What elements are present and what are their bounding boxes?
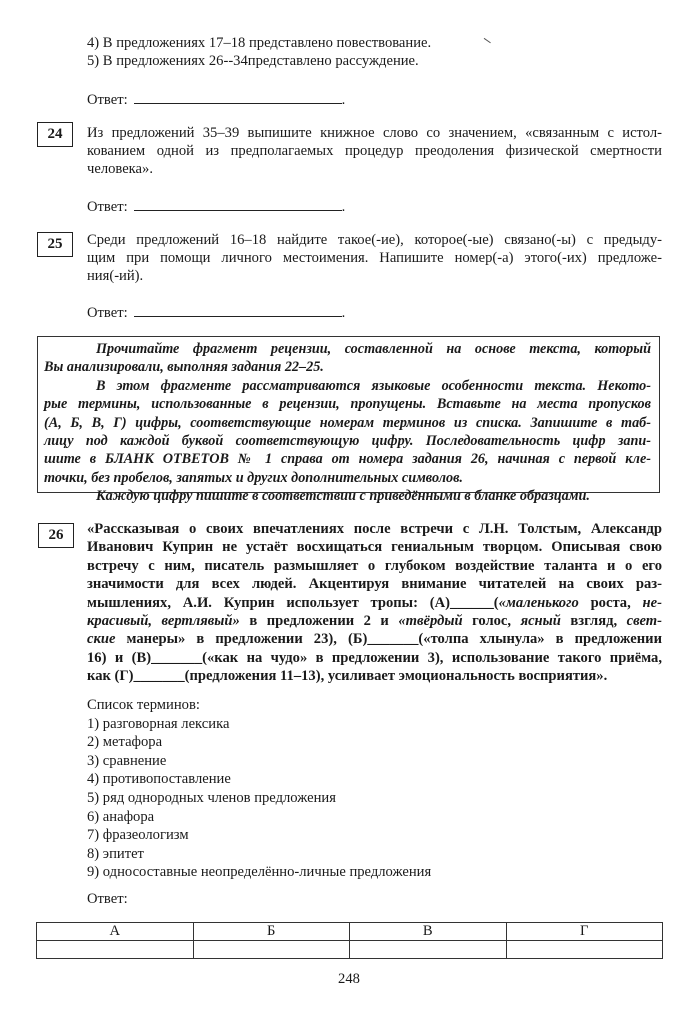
- answer-row-25: Ответ:.: [87, 302, 345, 322]
- task-26-line: мышлениях, А.И. Куприн использует тропы:…: [87, 594, 662, 612]
- term-item: 8) эпитет: [87, 845, 431, 864]
- term-item: 2) метафора: [87, 733, 431, 752]
- page-number: 248: [0, 970, 698, 988]
- answer-table-26: А Б В Г: [36, 922, 663, 959]
- task-26-line: Иванович Куприн не устаёт восхищаться ге…: [87, 538, 662, 556]
- answer-cell-a[interactable]: [37, 941, 194, 959]
- answer-label: Ответ:: [87, 92, 128, 108]
- answer-row-24: Ответ:.: [87, 196, 345, 216]
- term-item: 1) разговорная лексика: [87, 715, 431, 734]
- answer-cell-g[interactable]: [506, 941, 663, 959]
- answer-label-26: Ответ:: [87, 890, 128, 908]
- answer-row-23: Ответ:.: [87, 89, 345, 109]
- term-item: 3) сравнение: [87, 752, 431, 771]
- term-item: 9) односоставные неопределённо-личные пр…: [87, 863, 431, 882]
- instruction-line: точки, без пробелов, запятых и других до…: [44, 469, 651, 487]
- term-item: 6) анафора: [87, 808, 431, 827]
- answer-input-25[interactable]: [134, 302, 342, 317]
- table-header-row: А Б В Г: [37, 923, 663, 941]
- term-item: 4) противопоставление: [87, 770, 431, 789]
- task-26-line: «Рассказывая о своих впечатлениях после …: [87, 520, 662, 538]
- instruction-line: (А, Б, В, Г) цифры, соответствующие номе…: [44, 414, 651, 432]
- text-fragment: «твёрдый: [398, 613, 462, 629]
- task-24-text: Из предложений 35–39 выпишите книжное сл…: [87, 124, 662, 178]
- text-fragment: роста,: [579, 595, 643, 611]
- text-fragment: ские: [87, 631, 115, 647]
- task-26-line: значимости для всех людей. Акцентируя вн…: [87, 575, 662, 593]
- instruction-line: шите в БЛАНК ОТВЕТОВ № 1 справа от номер…: [44, 450, 651, 468]
- task-number-24: 24: [37, 122, 73, 147]
- instruction-line: Прочитайте фрагмент рецензии, составленн…: [44, 340, 651, 358]
- instruction-line: Вы анализировали, выполняя задания 22–25…: [44, 358, 651, 376]
- text-fragment: свет-: [627, 613, 662, 629]
- task-25-line: щим при помощи личного местоимения. Напи…: [87, 249, 662, 267]
- text-fragment: ясный: [521, 613, 561, 629]
- text-fragment: «маленького: [499, 595, 579, 611]
- task-24-line: кованием одной из предполагаемых процеду…: [87, 142, 662, 160]
- text-fragment: красивый, вертлявый»: [87, 613, 240, 629]
- text-fragment: голос,: [463, 613, 521, 629]
- table-answer-row: [37, 941, 663, 959]
- text-fragment: манеры» в предложении 23), (Б)_______(«т…: [115, 631, 662, 647]
- term-item: 5) ряд однородных членов предложения: [87, 789, 431, 808]
- task-26-line: встречу с ним, писатель размышляет о глу…: [87, 557, 662, 575]
- text-fragment: не-: [643, 595, 662, 611]
- answer-label: Ответ:: [87, 199, 128, 215]
- statement-5: 5) В предложениях 26--34представлено рас…: [87, 52, 419, 70]
- instruction-line: рые термины, использованные в рецензии, …: [44, 395, 651, 413]
- task-24-line: человека».: [87, 160, 662, 178]
- task-number-26: 26: [38, 523, 74, 548]
- answer-input-23[interactable]: [134, 89, 342, 104]
- instruction-line: лицу под каждой буквой соответствующую ц…: [44, 432, 651, 450]
- task-26-line: красивый, вертлявый» в предложении 2 и «…: [87, 612, 662, 630]
- header-cell-b: Б: [193, 923, 350, 941]
- task-26-line: ские манеры» в предложении 23), (Б)_____…: [87, 630, 662, 648]
- task-25-line: ния(-ий).: [87, 267, 662, 285]
- task-26-line: как (Г)_______(предложения 11–13), усили…: [87, 667, 662, 685]
- task-25-line: Среди предложений 16–18 найдите такое(-и…: [87, 231, 662, 249]
- answer-cell-b[interactable]: [193, 941, 350, 959]
- task-number-25: 25: [37, 232, 73, 257]
- terms-title: Список терминов:: [87, 696, 431, 715]
- instruction-line: Каждую цифру пишите в соответствии с при…: [44, 487, 651, 505]
- term-item: 7) фразеологизм: [87, 826, 431, 845]
- header-cell-a: А: [37, 923, 194, 941]
- answer-cell-v[interactable]: [350, 941, 507, 959]
- instructions-frame: Прочитайте фрагмент рецензии, составленн…: [37, 336, 660, 493]
- header-cell-v: В: [350, 923, 507, 941]
- answer-input-24[interactable]: [134, 196, 342, 211]
- header-cell-g: Г: [506, 923, 663, 941]
- task-26-line: 16) и (В)_______(«как на чудо» в предлож…: [87, 649, 662, 667]
- instruction-line: В этом фрагменте рассматриваются языковы…: [44, 377, 651, 395]
- answer-label: Ответ:: [87, 305, 128, 321]
- task-25-text: Среди предложений 16–18 найдите такое(-и…: [87, 231, 662, 285]
- statement-4: 4) В предложениях 17–18 представлено пов…: [87, 34, 431, 52]
- task-26-text: «Рассказывая о своих впечатлениях после …: [87, 520, 662, 686]
- text-fragment: взгляд,: [561, 613, 627, 629]
- task-24-line: Из предложений 35–39 выпишите книжное сл…: [87, 124, 662, 142]
- text-fragment: мышлениях, А.И. Куприн использует тропы:…: [87, 595, 499, 611]
- scan-mark: [483, 38, 491, 44]
- terms-list: Список терминов: 1) разговорная лексика …: [87, 696, 431, 882]
- text-fragment: в предложении 2 и: [240, 613, 399, 629]
